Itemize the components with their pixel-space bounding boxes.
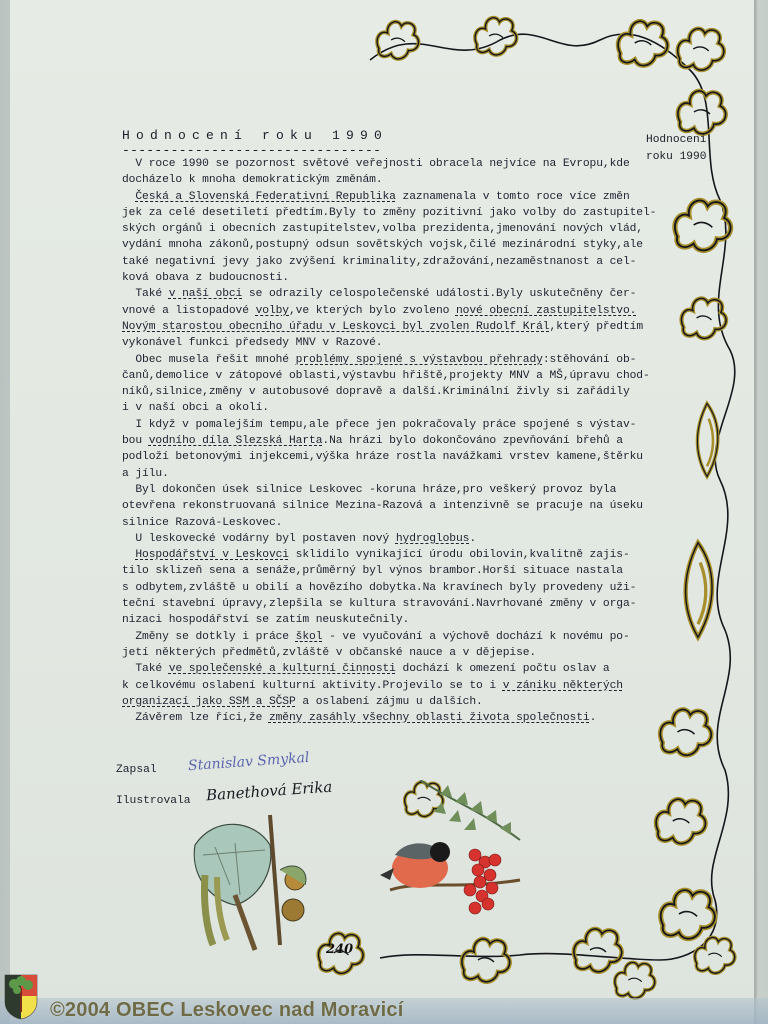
body-text-segment: :stěhování ob- čanů,demolice v zátopové …: [122, 354, 650, 447]
body-text-segment: sklidilo vynikající úrodu obilovin,kvali…: [122, 549, 636, 642]
body-text-segment: .Na hrázi bylo dokončováno zpevňování bř…: [122, 435, 643, 545]
underlined-phrase: Česká a Slovenská Federativní Republika: [135, 191, 396, 203]
underlined-phrase: volby: [256, 305, 289, 317]
underlined-phrase: v zániku některých: [503, 680, 623, 692]
page-number: 240: [326, 942, 353, 957]
underlined-phrase: Hospodářství v Leskovci: [135, 549, 289, 561]
document-title: Hodnocení roku 1990: [122, 128, 388, 143]
bullfinch-rowan-illustration: [380, 780, 530, 930]
body-text-segment: .: [590, 712, 597, 724]
underlined-phrase: Novým starostou obecního úřadu v Leskovc…: [122, 321, 549, 333]
body-text-segment: zaznamenala v tomto roce více změn jek z…: [122, 191, 656, 301]
underlined-phrase: škol: [296, 631, 323, 643]
document-body: V roce 1990 se pozornost světové veřejno…: [122, 156, 662, 726]
copyright-watermark: ©2004 OBEC Leskovec nad Moravicí: [50, 999, 404, 1022]
underlined-phrase: změny zasáhly všechny oblasti života spo…: [269, 712, 590, 724]
underlined-phrase: organizací jako SSM a SČSP: [122, 696, 296, 708]
underlined-phrase: hydroglobus: [396, 533, 469, 545]
margin-note-line-1: Hodnocení: [646, 132, 726, 149]
underlined-phrase: problémy spojené s výstavbou přehrady: [296, 354, 543, 366]
underlined-phrase: ve společenské a kulturní činnosti: [169, 663, 396, 675]
municipal-crest-icon: [4, 974, 38, 1020]
recorded-by-label: Zapsal: [116, 764, 157, 776]
hazel-branch-illustration: [175, 805, 325, 955]
underlined-phrase: nové obecní zastupitelstvo.: [456, 305, 636, 317]
underlined-phrase: vodního díla Slezská Harta: [149, 435, 323, 447]
body-text-segment: ,ve kterých bylo zvoleno: [289, 305, 456, 317]
underlined-phrase: v naší obci: [169, 288, 242, 300]
